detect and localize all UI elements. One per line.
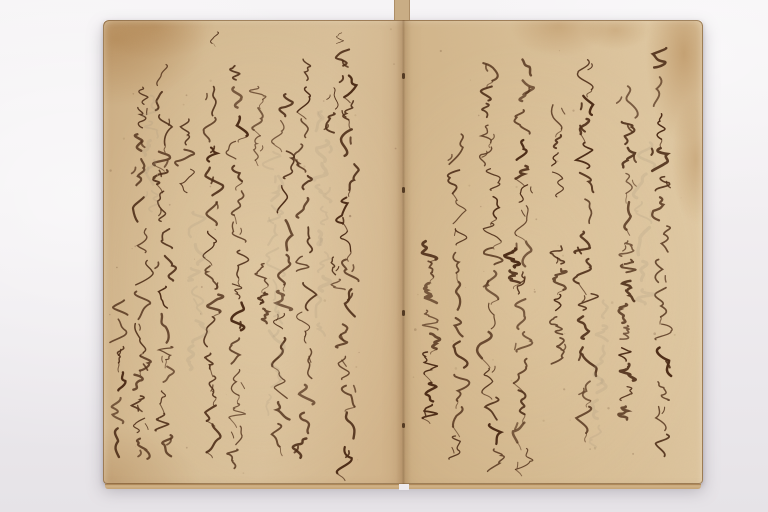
binding-speck — [402, 187, 405, 193]
bottom-edge-center-gap — [399, 484, 409, 490]
binding-speck — [402, 310, 405, 316]
manuscript-book — [103, 20, 703, 484]
left-page — [103, 20, 403, 484]
binding-speck — [402, 73, 405, 79]
binding-speck — [402, 423, 405, 428]
photo-of-manuscript — [0, 0, 768, 512]
right-page — [403, 20, 703, 484]
